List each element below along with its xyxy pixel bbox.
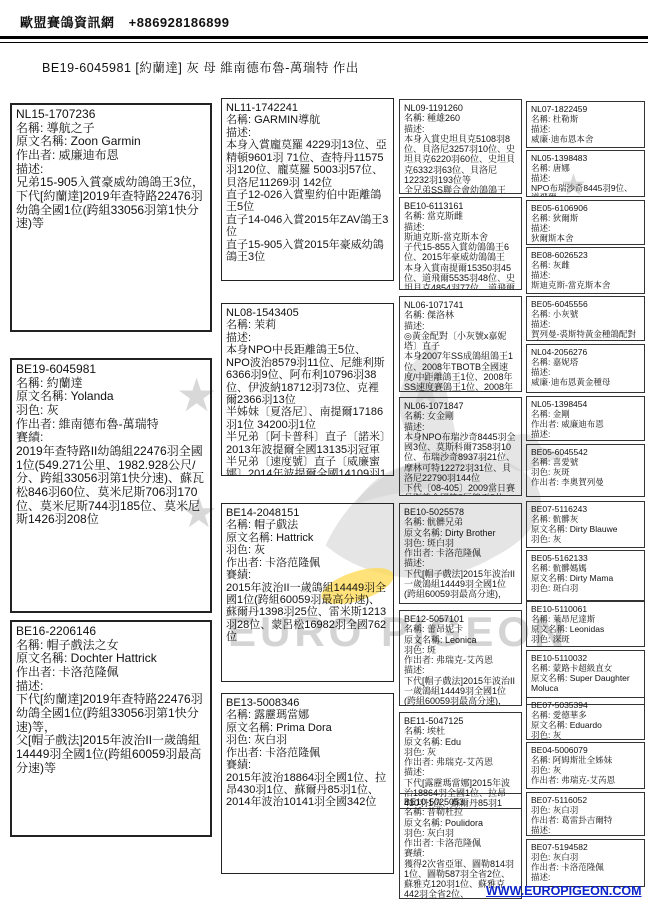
europigeon-link[interactable]: WWW.EUROPIGEON.COM: [486, 884, 642, 898]
pedigree-box-mfm: BE12-5057101 名稱: 蕾昂妮卡 原文名稱: Leonica 羽色: …: [399, 610, 522, 706]
pedigree-box-fmf: NL06-1071741 名稱: 傑洛林 描述: ◎黃金配對〔小灰號x嘉妮塔〕直…: [399, 296, 522, 392]
pedigree-box-mffm: BE05-5162133 名稱: 骯髒媽媽 原文名稱: Dirty Mama 羽…: [526, 550, 645, 601]
pedigree-box-mmmf: BE07-5116052 羽色: 灰白羽 作出者: 葛雷卦吉爾特 描述:: [526, 792, 645, 836]
pedigree-box-mfmf: BE10-5110061 名稱: 萊昂尼達斯 原文名稱: Leonidas 羽色…: [526, 601, 645, 647]
pedigree-page: 歐盟賽鴿資訊網 +886928186899 BE19-6045981 [約蘭達]…: [0, 0, 648, 917]
pedigree-box-fmm: NL06-1071847 名稱: 女金剛 描述: 本身NPO布瑞沙奇8445羽全…: [399, 397, 522, 496]
site-name: 歐盟賽鴿資訊網: [20, 15, 115, 30]
pedigree-box-mfff: BE07-5116243 名稱: 骯髒灰 原文名稱: Dirty Blauwe …: [526, 501, 645, 548]
pedigree-box-fffm: NL05-1398483 名稱: 唐娜 描述: NPO布瑞沙奇8445羽9位、道…: [526, 150, 645, 197]
pedigree-box-fm: NL08-1543405 名稱: 茉莉 描述: 本身NPO中長距離鴿王5位、NP…: [221, 303, 394, 476]
pedigree-box-fmmf: NL05-1398454 名稱: 金剛 作出者: 威廉迪布恩 描述:: [526, 396, 645, 441]
pedigree-box-mmfm: BE04-5006079 名稱: 阿姆斯壯全姊妹 羽色: 灰 作出者: 弗瑞克-…: [526, 742, 645, 789]
pedigree-box-father: NL15-1707236 名稱: 導航之子 原文名稱: Zoon Garmin …: [10, 103, 212, 332]
pedigree-box-ffmf: BE05-6106906 名稱: 狄爾斯 描述: 狄爾斯本舍: [526, 200, 645, 245]
header-divider: [0, 36, 648, 43]
pedigree-box-ffm: BE10-6113161 名稱: 當克斯雌 描述: 斯迪克斯-當克斯本舍 子代1…: [399, 197, 522, 290]
pedigree-box-mmmm: BE07-5194582 羽色: 灰白羽 作出者: 卡洛范隆佩 描述:: [526, 839, 645, 887]
pedigree-box-mff: BE10-5025578 名稱: 骯髒兄弟 原文名稱: Dirty Brothe…: [399, 503, 522, 604]
pedigree-box-ffff: NL07-1822459 名稱: 杜勒斯 描述: 威廉·迪布恩本舍: [526, 101, 645, 148]
pedigree-box-fmmm: BE05-6045542 名稱: 喜愛號 羽色: 灰斑 作出者: 李奧賀列曼: [526, 444, 645, 497]
pedigree-box-fff: NL09-1191260 名稱: 種雄260 描述: 本身入賞史坦貝克5108羽…: [399, 99, 522, 194]
pedigree-box-subject: BE19-6045981 名稱: 約蘭達 原文名稱: Yolanda 羽色: 灰…: [10, 358, 212, 613]
pedigree-box-mother: BE16-2206146 名稱: 帽子戲法之女 原文名稱: Dochter Ha…: [10, 620, 212, 837]
pedigree-box-ff: NL11-1742241 名稱: GARMIN導航 描述: 本身入賞龐莫羅 42…: [221, 98, 394, 281]
pedigree-box-ffmm: BE08-6026523 名稱: 灰雌 描述: 斯迪克斯-當克斯本舍: [526, 247, 645, 294]
pedigree-box-fmfm: NL04-2056276 名稱: 嘉妮塔 描述: 威廉·迪布恩黃金種母: [526, 344, 645, 393]
pedigree-box-mm: BE13-5008346 名稱: 露靂瑪當娜 原文名稱: Prima Dora …: [221, 693, 394, 874]
site-phone: +886928186899: [129, 15, 230, 30]
page-title: BE19-6045981 [約蘭達] 灰 母 維南德布魯-萬瑞特 作出: [42, 58, 359, 76]
site-header: 歐盟賽鴿資訊網 +886928186899: [20, 12, 230, 31]
pedigree-box-mmff: BE07-5035394 名稱: 愛德華多 原文名稱: Eduardo 羽色: …: [526, 697, 645, 740]
pedigree-box-fmff: BE05-6045556 名稱: 小灰號 描述: 賀列曼-裘斯特黃金種鴿配對〔: [526, 296, 645, 341]
pedigree-box-mf: BE14-2048151 名稱: 帽子戲法 原文名稱: Hattrick 羽色:…: [221, 503, 394, 682]
